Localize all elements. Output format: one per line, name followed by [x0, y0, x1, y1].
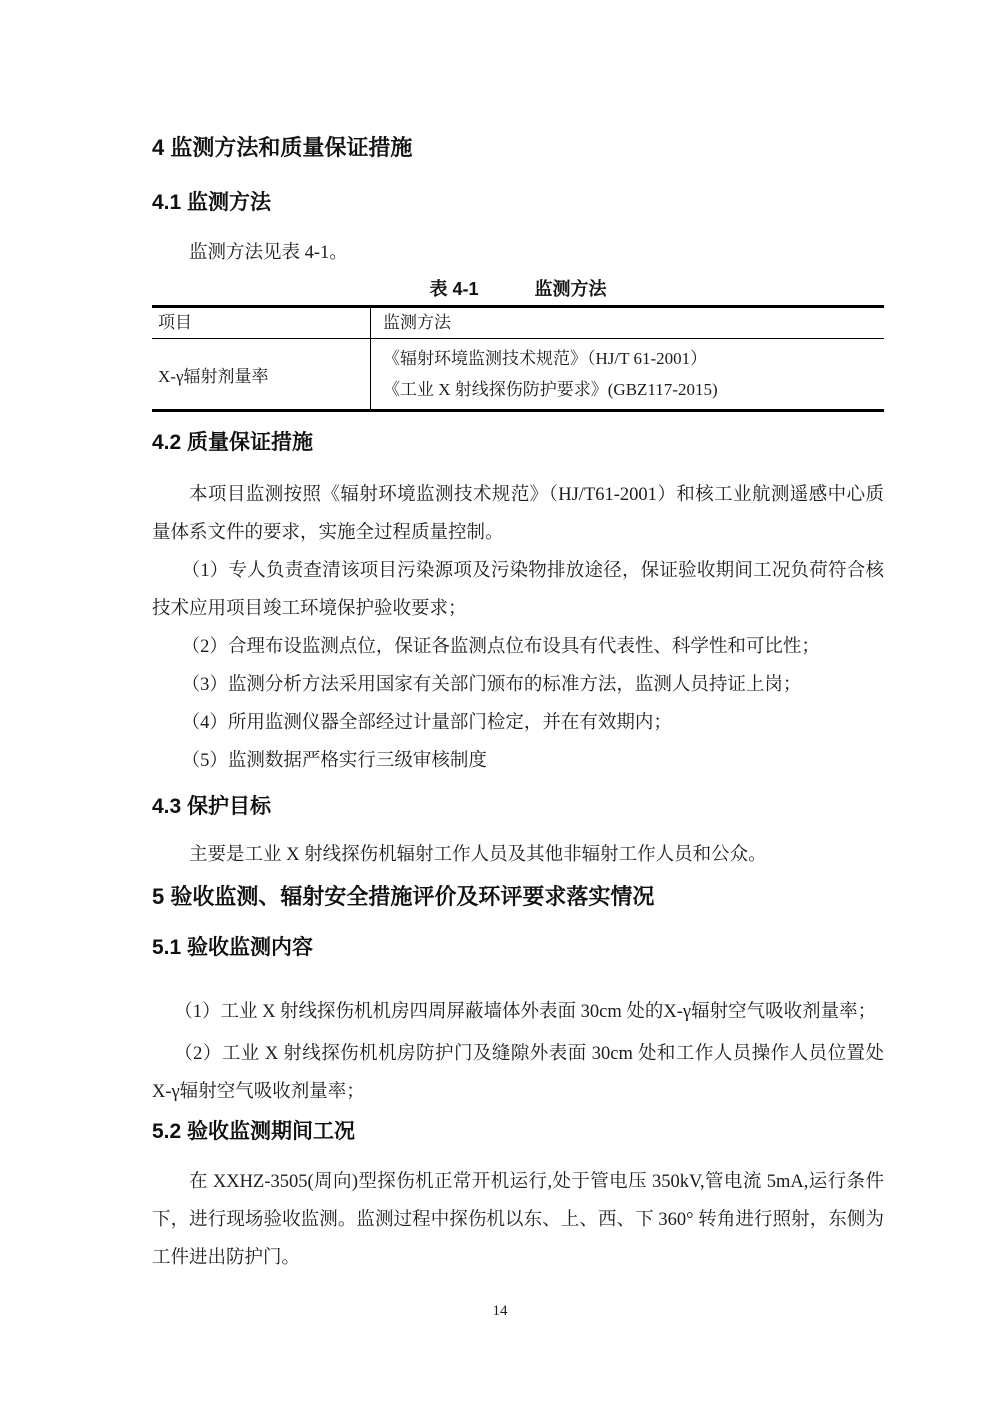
table-caption-label: 表 4-1	[429, 277, 478, 301]
page-number: 14	[0, 1303, 1000, 1320]
section-5-heading: 5 验收监测、辐射安全措施评价及环评要求落实情况	[152, 882, 884, 912]
table-header-method: 监测方法	[370, 308, 884, 338]
section-4-1-heading: 4.1 监测方法	[152, 188, 884, 218]
table-cell-item: X-γ辐射剂量率	[152, 339, 370, 409]
qa-list-item-2: （2）合理布设监测点位，保证各监测点位布设具有代表性、科学性和可比性；	[152, 628, 884, 666]
table-row: X-γ辐射剂量率 《辐射环境监测技术规范》（HJ/T 61-2001） 《工业 …	[152, 339, 884, 409]
section-4-3-heading: 4.3 保护目标	[152, 792, 884, 822]
document-content: 4 监测方法和质量保证措施 4.1 监测方法 监测方法见表 4-1。 表 4-1…	[152, 0, 884, 1277]
table-caption-title: 监测方法	[535, 277, 607, 301]
monitor-content-item-1: （1）工业 X 射线探伤机机房四周屏蔽墙体外表面 30cm 处的X-γ辐射空气吸…	[152, 993, 884, 1031]
qa-list-item-5: （5）监测数据严格实行三级审核制度	[152, 742, 884, 780]
table-4-1-caption: 表 4-1 监测方法	[152, 277, 884, 301]
qa-list-item-3: （3）监测分析方法采用国家有关部门颁布的标准方法，监测人员持证上岗；	[152, 666, 884, 704]
method-line-1: 《辐射环境监测技术规范》（HJ/T 61-2001）	[383, 343, 876, 374]
section-4-2-intro-paragraph: 本项目监测按照《辐射环境监测技术规范》（HJ/T61-2001）和核工业航测遥感…	[152, 476, 884, 552]
qa-list-item-1: （1）专人负责查清该项目污染源项及污染物排放途径，保证验收期间工况负荷符合核技术…	[152, 552, 884, 628]
table-header-item: 项目	[152, 308, 370, 338]
section-4-3-paragraph: 主要是工业 X 射线探伤机辐射工作人员及其他非辐射工作人员和公众。	[152, 836, 884, 874]
qa-list-item-4: （4）所用监测仪器全部经过计量部门检定，并在有效期内；	[152, 704, 884, 742]
table-header-row: 项目 监测方法	[152, 308, 884, 339]
section-4-1-intro-paragraph: 监测方法见表 4-1。	[152, 234, 884, 272]
section-4-2-heading: 4.2 质量保证措施	[152, 428, 884, 458]
table-4-1: 项目 监测方法 X-γ辐射剂量率 《辐射环境监测技术规范》（HJ/T 61-20…	[152, 305, 884, 412]
section-4-heading: 4 监测方法和质量保证措施	[152, 133, 884, 163]
section-5-2-paragraph: 在 XXHZ-3505(周向)型探伤机正常开机运行,处于管电压 350kV,管电…	[152, 1163, 884, 1277]
table-cell-methods: 《辐射环境监测技术规范》（HJ/T 61-2001） 《工业 X 射线探伤防护要…	[370, 339, 884, 409]
document-page: 4 监测方法和质量保证措施 4.1 监测方法 监测方法见表 4-1。 表 4-1…	[0, 0, 1000, 1415]
section-5-1-heading: 5.1 验收监测内容	[152, 933, 884, 963]
monitor-content-item-2: （2）工业 X 射线探伤机机房防护门及缝隙外表面 30cm 处和工作人员操作人员…	[152, 1035, 884, 1111]
method-line-2: 《工业 X 射线探伤防护要求》(GBZ117-2015)	[383, 374, 876, 405]
section-5-2-heading: 5.2 验收监测期间工况	[152, 1117, 884, 1147]
